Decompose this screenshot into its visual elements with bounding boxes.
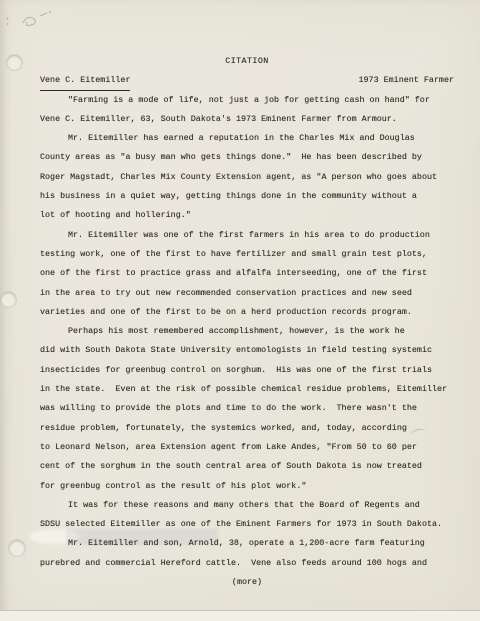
hole-punch <box>9 540 25 556</box>
pencil-scribble <box>4 8 56 34</box>
text-line: for greenbug control as the result of hi… <box>40 477 454 496</box>
text-line: "Farming is a mode of life, not just a j… <box>40 91 454 110</box>
text-line: Perhaps his most remembered accomplishme… <box>40 322 454 341</box>
award-label: 1973 Eminent Farmer <box>359 71 455 90</box>
text-line: purebred and commercial Hereford cattle.… <box>40 554 454 573</box>
text-line: Roger Magstadt, Charles Mix County Exten… <box>40 168 454 187</box>
hole-punch <box>7 55 22 70</box>
text-line: in the state. Even at the risk of possib… <box>40 380 454 399</box>
text-line: in the area to try out new recommended c… <box>40 284 454 303</box>
text-line: It was for these reasons and many others… <box>40 496 454 515</box>
text-line: SDSU selected Eitemiller as one of the E… <box>40 515 454 534</box>
text-line: Mr. Eitemiller was one of the first farm… <box>40 226 454 245</box>
hole-punch <box>1 292 16 307</box>
text-line: lot of hooting and hollering." <box>40 206 454 225</box>
typed-text-block: CITATION Vene C. Eitemiller 1973 Eminent… <box>40 52 454 592</box>
document-title: CITATION <box>40 52 454 71</box>
text-line: one of the first to practice grass and a… <box>40 264 454 283</box>
document-header: Vene C. Eitemiller 1973 Eminent Farmer <box>40 71 454 90</box>
text-line: did with South Dakota State University e… <box>40 341 454 360</box>
text-line: Mr. Eitemiller has earned a reputation i… <box>40 129 454 148</box>
text-line: his business in a quiet way, getting thi… <box>40 187 454 206</box>
text-line: to Leonard Nelson, area Extension agent … <box>40 438 454 457</box>
farmer-name: Vene C. Eitemiller <box>40 71 130 90</box>
text-line: Mr. Eitemiller and son, Arnold, 38, oper… <box>40 534 454 553</box>
text-line: insecticides for greenbug control on sor… <box>40 361 454 380</box>
text-line: varieties and one of the first to be on … <box>40 303 454 322</box>
document-page: CITATION Vene C. Eitemiller 1973 Eminent… <box>0 0 480 621</box>
text-line: residue problem, fortunately, the system… <box>40 419 454 438</box>
page-edge <box>0 610 480 621</box>
text-line: Vene C. Eitemiller, 63, South Dakota's 1… <box>40 110 454 129</box>
text-line: cent of the sorghum in the south central… <box>40 457 454 476</box>
text-line: testing work, one of the first to have f… <box>40 245 454 264</box>
text-line: was willing to provide the plots and tim… <box>40 399 454 418</box>
page-footer: (more) <box>40 573 454 592</box>
text-line: County areas as "a busy man who gets thi… <box>40 148 454 167</box>
